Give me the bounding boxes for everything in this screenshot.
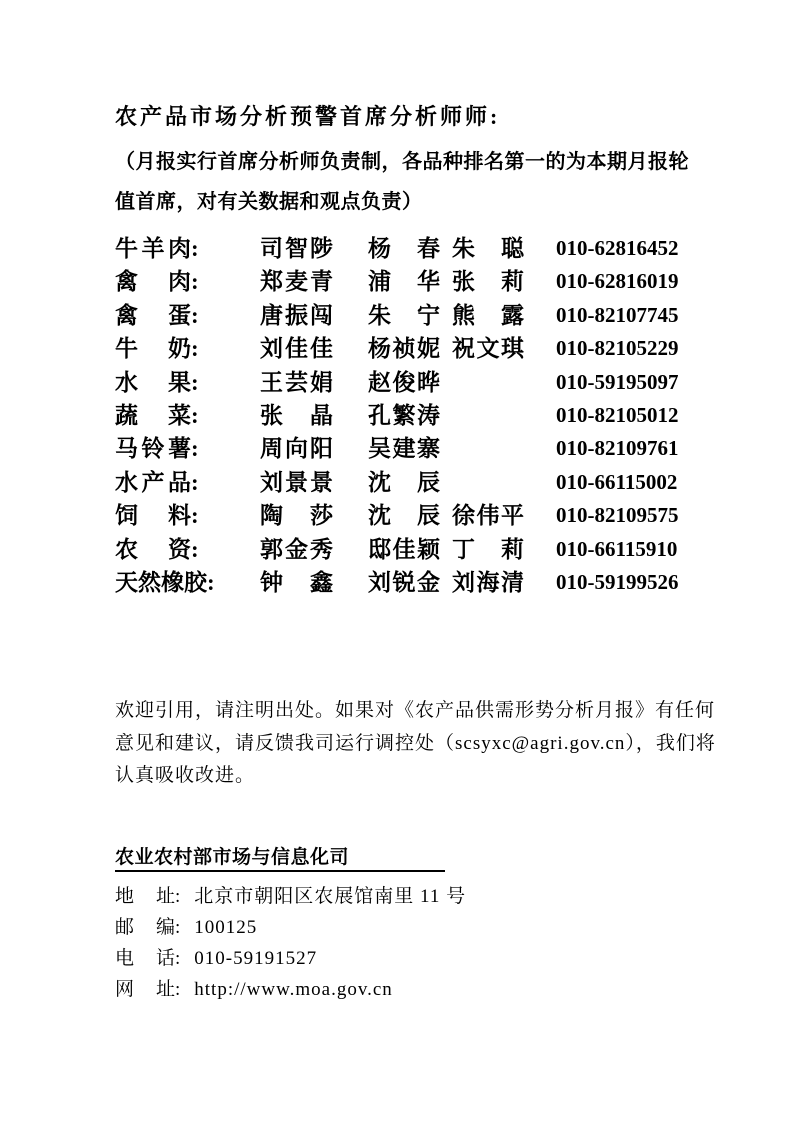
category-cell: 牛羊肉: [115,232,199,265]
category-label: 禽 肉 [115,265,191,298]
table-row: 蔬 菜: 张 晶 孔繁涛 010-82105012 [0,399,794,432]
category-label: 天然橡胶 [115,566,207,599]
analyst-name: 张 莉 [452,265,524,298]
analyst-name: 朱 宁 [368,299,440,332]
analyst-name: 周向阳 [260,432,333,465]
analyst-name-cell: 吴建寨 [368,432,440,465]
colon: : [175,917,180,938]
analyst-name-cell: 刘佳佳 [260,332,333,365]
analyst-name-cell: 刘景景 [260,466,333,499]
phone-number: 010-59195097 [556,366,679,399]
table-row: 水产品: 刘景景 沈 辰 010-66115002 [0,466,794,499]
analyst-name-cell: 唐振闯 [260,299,333,332]
analyst-name-cell: 周向阳 [260,432,333,465]
table-row: 马铃薯: 周向阳 吴建寨 010-82109761 [0,432,794,465]
phone-number: 010-82109575 [556,499,679,532]
analyst-name-cell [452,366,524,399]
category-label: 牛 奶 [115,332,191,365]
analyst-name-cell: 刘海清 [452,566,524,599]
analyst-name: 吴建寨 [368,432,440,465]
analyst-name: 朱 聪 [452,232,524,265]
feedback-note: 欢迎引用，请注明出处。如果对《农产品供需形势分析月报》有任何意见和建议，请反馈我… [115,695,719,793]
analyst-name-cell: 杨祯妮 [368,332,440,365]
analyst-name-cell: 陶 莎 [260,499,333,532]
analyst-name: 徐伟平 [452,499,524,532]
analyst-name: 刘佳佳 [260,332,333,365]
analyst-name: 沈 辰 [368,499,440,532]
contact-row-address: 地 址:北京市朝阳区农展馆南里 11 号 [115,881,466,912]
contact-row-phone: 电 话:010-59191527 [115,943,466,974]
analyst-name-cell: 钟 鑫 [260,566,333,599]
category-cell: 牛 奶: [115,332,199,365]
analyst-name-cell: 沈 辰 [368,499,440,532]
analyst-name: 熊 露 [452,299,524,332]
analyst-name-cell: 丁 莉 [452,533,524,566]
analyst-name-cell: 杨 春 [368,232,440,265]
analyst-name: 杨祯妮 [368,332,440,365]
phone-number: 010-62816452 [556,232,679,265]
category-label: 农 资 [115,533,191,566]
phone-number: 010-66115910 [556,533,677,566]
colon: : [175,979,180,1000]
colon: : [191,503,199,528]
colon: : [191,336,199,361]
analyst-name: 祝文琪 [452,332,524,365]
contact-row-website: 网 址:http://www.moa.gov.cn [115,974,466,1005]
analyst-name: 王芸娟 [260,366,333,399]
phone-number: 010-82105012 [556,399,679,432]
category-cell: 饲 料: [115,499,199,532]
analyst-name-cell: 赵俊晔 [368,366,440,399]
analyst-name: 赵俊晔 [368,366,440,399]
colon: : [191,303,199,328]
colon: : [191,436,199,461]
category-cell: 蔬 菜: [115,399,199,432]
analyst-name-cell: 孔繁涛 [368,399,440,432]
analyst-name-cell: 沈 辰 [368,466,440,499]
table-row: 牛羊肉: 司智陟 杨 春 朱 聪 010-62816452 [0,232,794,265]
contact-row-postcode: 邮 编:100125 [115,912,466,943]
category-cell: 水产品: [115,466,199,499]
table-row: 牛 奶: 刘佳佳 杨祯妮 祝文琪 010-82105229 [0,332,794,365]
analyst-name: 邸佳颖 [368,533,440,566]
colon: : [191,269,199,294]
table-row: 天然橡胶: 钟 鑫 刘锐金 刘海清 010-59199526 [0,566,794,599]
table-row: 水 果: 王芸娟 赵俊晔 010-59195097 [0,366,794,399]
contact-label: 地 址 [115,881,175,912]
analyst-name: 钟 鑫 [260,566,333,599]
category-cell: 天然橡胶: [115,566,215,599]
department-name: 农业农村部市场与信息化司 [115,842,349,869]
address-value: 北京市朝阳区农展馆南里 11 号 [194,886,466,907]
phone-value: 010-59191527 [194,948,317,969]
category-label: 蔬 菜 [115,399,191,432]
category-label: 禽 蛋 [115,299,191,332]
phone-number: 010-82109761 [556,432,679,465]
analyst-name: 孔繁涛 [368,399,440,432]
analyst-name-cell: 郭金秀 [260,533,333,566]
analyst-name: 郭金秀 [260,533,333,566]
phone-number: 010-82107745 [556,299,679,332]
colon: : [191,537,199,562]
page-title: 农产品市场分析预警首席分析师师: [115,100,500,131]
colon: : [191,236,199,261]
table-row: 饲 料: 陶 莎 沈 辰 徐伟平 010-82109575 [0,499,794,532]
colon: : [175,948,180,969]
category-label: 牛羊肉 [115,232,191,265]
analyst-name-cell: 祝文琪 [452,332,524,365]
analyst-table: 牛羊肉: 司智陟 杨 春 朱 聪 010-62816452 禽 肉: 郑麦青 浦… [0,232,794,599]
analyst-name-cell [452,432,524,465]
colon: : [191,370,199,395]
analyst-name: 张 晶 [260,399,333,432]
category-cell: 禽 肉: [115,265,199,298]
phone-number: 010-59199526 [556,566,679,599]
analyst-name: 沈 辰 [368,466,440,499]
category-cell: 马铃薯: [115,432,199,465]
analyst-name: 司智陟 [260,232,333,265]
analyst-name-cell: 朱 聪 [452,232,524,265]
analyst-name-cell: 朱 宁 [368,299,440,332]
postcode-value: 100125 [194,917,257,938]
analyst-name: 浦 华 [368,265,440,298]
analyst-name: 刘锐金 [368,566,440,599]
document-page: 农产品市场分析预警首席分析师师: （月报实行首席分析师负责制，各品种排名第一的为… [0,0,794,1123]
analyst-name: 唐振闯 [260,299,333,332]
analyst-name-cell: 徐伟平 [452,499,524,532]
phone-number: 010-66115002 [556,466,677,499]
category-cell: 水 果: [115,366,199,399]
phone-number: 010-82105229 [556,332,679,365]
analyst-name-cell: 司智陟 [260,232,333,265]
analyst-name: 郑麦青 [260,265,333,298]
analyst-name-cell [452,399,524,432]
analyst-name-cell: 张 晶 [260,399,333,432]
analyst-name-cell: 邸佳颖 [368,533,440,566]
analyst-name-cell: 王芸娟 [260,366,333,399]
colon: : [191,470,199,495]
category-cell: 农 资: [115,533,199,566]
table-row: 农 资: 郭金秀 邸佳颖 丁 莉 010-66115910 [0,533,794,566]
category-label: 饲 料 [115,499,191,532]
analyst-name-cell: 郑麦青 [260,265,333,298]
website-value: http://www.moa.gov.cn [194,979,393,1000]
analyst-name: 丁 莉 [452,533,524,566]
analyst-name: 陶 莎 [260,499,333,532]
analyst-name: 杨 春 [368,232,440,265]
divider [115,870,445,872]
category-cell: 禽 蛋: [115,299,199,332]
table-row: 禽 蛋: 唐振闯 朱 宁 熊 露 010-82107745 [0,299,794,332]
analyst-name-cell: 浦 华 [368,265,440,298]
analyst-name-cell: 熊 露 [452,299,524,332]
contact-block: 地 址:北京市朝阳区农展馆南里 11 号 邮 编:100125 电 话:010-… [115,881,466,1005]
analyst-name: 刘海清 [452,566,524,599]
contact-label: 网 址 [115,974,175,1005]
category-label: 水产品 [115,466,191,499]
analyst-name-cell: 张 莉 [452,265,524,298]
category-label: 水 果 [115,366,191,399]
contact-label: 电 话 [115,943,175,974]
analyst-name-cell: 刘锐金 [368,566,440,599]
table-row: 禽 肉: 郑麦青 浦 华 张 莉 010-62816019 [0,265,794,298]
phone-number: 010-62816019 [556,265,679,298]
colon: : [207,570,215,595]
analyst-name: 刘景景 [260,466,333,499]
category-label: 马铃薯 [115,432,191,465]
colon: : [191,403,199,428]
intro-note: （月报实行首席分析师负责制，各品种排名第一的为本期月报轮值首席，对有关数据和观点… [115,142,701,222]
contact-label: 邮 编 [115,912,175,943]
analyst-name-cell [452,466,524,499]
colon: : [175,886,180,907]
